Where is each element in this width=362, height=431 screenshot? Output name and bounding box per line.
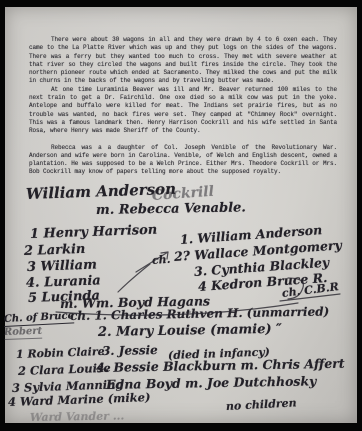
typed-paragraph-rebecca: Rebecca was a a daughter of Col. Joseph … xyxy=(29,144,337,177)
typed-text-block: There were about 30 wagons in all and th… xyxy=(29,36,337,177)
handwritten-child-william: 3 William xyxy=(27,258,97,275)
handwritten-ch-label: ch. xyxy=(152,253,171,267)
handwritten-margin-heading-robert: Robert xyxy=(4,326,43,340)
handwritten-marriage-rebecca: m. Rebecca Venable. xyxy=(96,200,246,218)
typed-paragraph-beaver: At one time Luraminia Beaver was ill and… xyxy=(29,86,337,136)
handwritten-faint-bottom-line: Ward Vander ... xyxy=(30,409,125,424)
handwritten-child-larkin: 2 Larkin xyxy=(24,242,86,259)
handwritten-child-mary-louise: 2. Mary Louise (mamie) ″ xyxy=(98,322,282,340)
handwritten-child-jessie: 3. Jessie xyxy=(102,343,158,358)
typed-paragraph-wagons: There were about 30 wagons in all and th… xyxy=(29,36,337,86)
scanned-document: There were about 30 wagons in all and th… xyxy=(0,0,362,431)
